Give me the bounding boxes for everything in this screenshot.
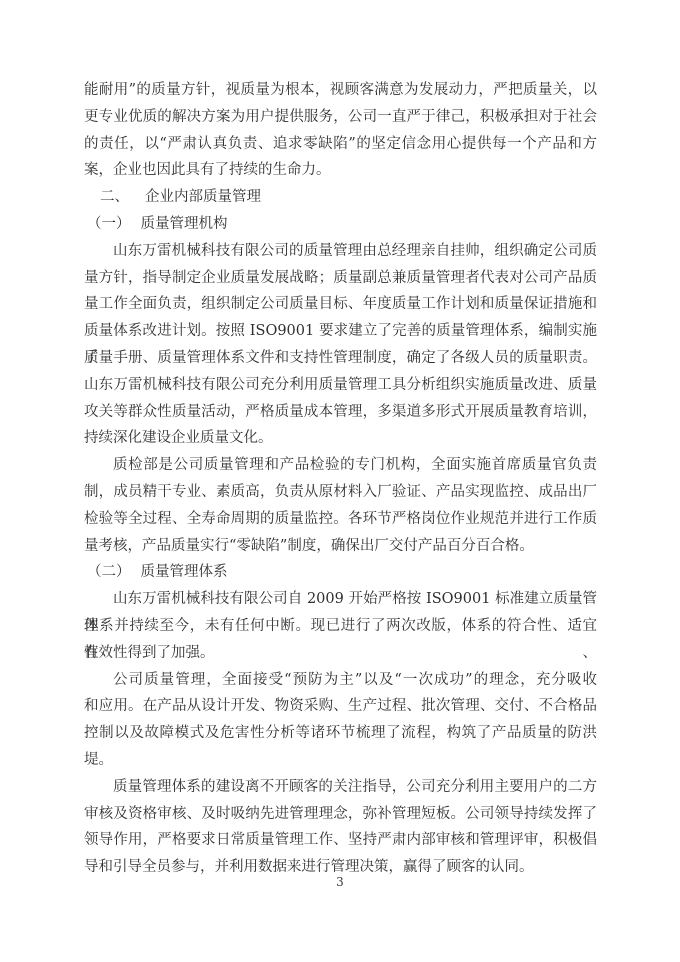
text-line: 质检部是公司质量管理和产品检验的专门机构，全面实施首席质量官负责 (84, 452, 597, 479)
text-line: 攻关等群众性质量活动，严格质量成本管理，多渠道多形式开展质量教育培训， (84, 399, 597, 426)
heading-title: 质量管理体系 (141, 564, 228, 580)
section-heading: 二、企业内部质量管理 (84, 184, 597, 211)
heading-title: 企业内部质量管理 (145, 189, 261, 205)
text-line: 山东万雷机械科技有限公司的质量管理由总经理亲自挂帅，组织确定公司质 (84, 238, 597, 265)
text-line: 审核及资格审核、及时吸纳先进管理理念，弥补管理短板。公司领导持续发挥了 (84, 801, 597, 828)
document-body: 能耐用”的质量方针，视质量为根本，视顾客满意为发展动力，严把质量关，以更专业优质… (84, 77, 597, 881)
text-line: 公司质量管理，全面接受“预防为主”以及“一次成功”的理念，充分吸收 (84, 667, 597, 694)
text-line: 领导作用，严格要求日常质量管理工作、坚持严肃内部审核和管理评审，积极倡 (84, 827, 597, 854)
heading-number: 二、 (100, 189, 129, 205)
text-line: 量工作全面负责，组织制定公司质量目标、年度质量工作计划和质量保证措施和 (84, 291, 597, 318)
subsection-heading: （一）质量管理机构 (84, 211, 597, 238)
text-line: 质量体系改进计划。按照 ISO9001 要求建立了完善的质量管理体系，编制实施了 (84, 318, 597, 345)
text-line: 量方针，指导制定企业质量发展战略；质量副总兼质量管理者代表对公司产品质 (84, 265, 597, 292)
text-line: 体系并持续至今，未有任何中断。现已进行了两次改版，体系的符合性、适宜性、 (84, 613, 597, 640)
document-page: 能耐用”的质量方针，视质量为根本，视顾客满意为发展动力，严把质量关，以更专业优质… (0, 0, 680, 962)
text-line: 堤。 (84, 747, 597, 774)
text-line: 制，成员精干专业、素质高，负责从原材料入厂验证、产品实现监控、成品出厂 (84, 479, 597, 506)
page-number: 3 (0, 875, 680, 889)
text-line: 量考核，产品质量实行“零缺陷”制度，确保出厂交付产品百分百合格。 (84, 533, 597, 560)
text-line: 的责任，以“严肃认真负责、追求零缺陷”的坚定信念用心提供每一个产品和方 (84, 131, 597, 158)
text-line: 更专业优质的解决方案为用户提供服务，公司一直严于律己，积极承担对于社会 (84, 104, 597, 131)
text-line: 质量管理体系的建设离不开顾客的关注指导，公司充分利用主要用户的二方 (84, 774, 597, 801)
heading-title: 质量管理机构 (141, 216, 228, 232)
text-line: 和应用。在产品从设计开发、物资采购、生产过程、批次管理、交付、不合格品 (84, 693, 597, 720)
text-line: 案，企业也因此具有了持续的生命力。 (84, 157, 597, 184)
text-line: 山东万雷机械科技有限公司充分利用质量管理工具分析组织实施质量改进、质量 (84, 372, 597, 399)
text-line: 能耐用”的质量方针，视质量为根本，视顾客满意为发展动力，严把质量关，以 (84, 77, 597, 104)
text-line: 持续深化建设企业质量文化。 (84, 425, 597, 452)
heading-number: （一） (87, 216, 131, 232)
text-line: 质量手册、质量管理体系文件和支持性管理制度，确定了各级人员的质量职责。 (84, 345, 597, 372)
text-line: 检验等全过程、全寿命周期的质量监控。各环节严格岗位作业规范并进行工作质 (84, 506, 597, 533)
text-line: 山东万雷机械科技有限公司自 2009 开始严格按 ISO9001 标准建立质量管… (84, 586, 597, 613)
text-line: 控制以及故障模式及危害性分析等诸环节梳理了流程，构筑了产品质量的防洪 (84, 720, 597, 747)
heading-number: （二） (87, 564, 131, 580)
subsection-heading: （二）质量管理体系 (84, 559, 597, 586)
